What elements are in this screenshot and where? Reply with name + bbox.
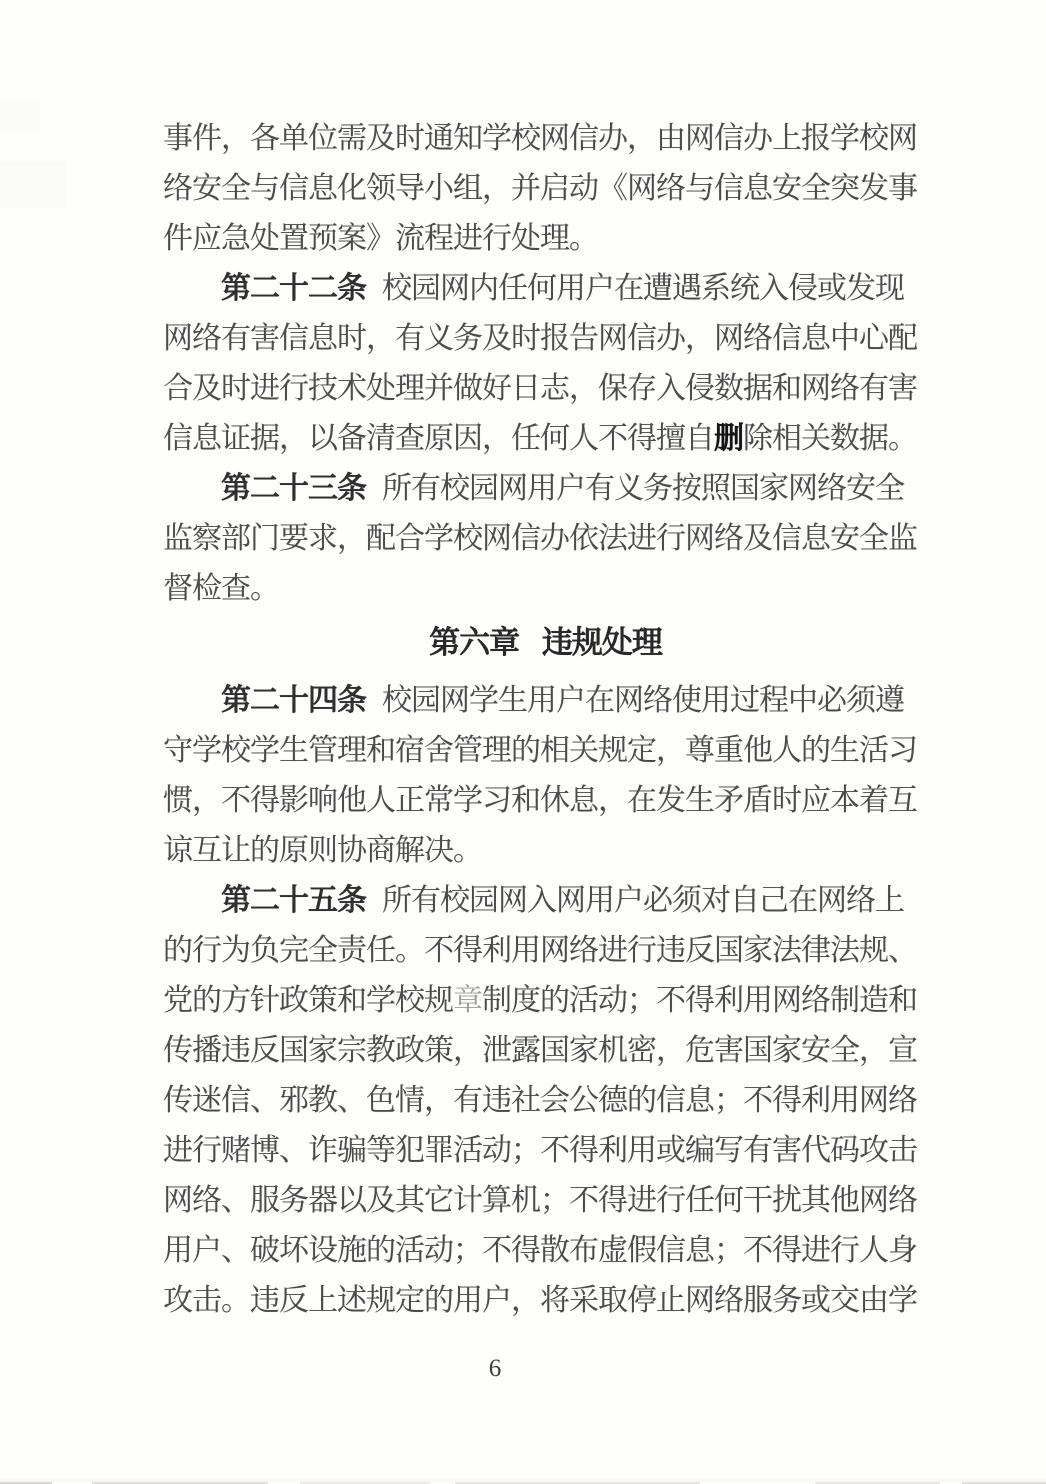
paragraph: 第二十三条所有校园网用户有义务按照国家网络安全监察部门要求，配合学校网信办依法进… — [163, 464, 928, 614]
text-segment: 章 — [453, 984, 482, 1017]
document-body: 事件，各单位需及时通知学校网信办，由网信办上报学校网络安全与信息化领导小组，并启… — [163, 114, 928, 1326]
text-line: 传播违反国家宗教政策，泄露国家机密，危害国家安全，宣 — [163, 1026, 928, 1076]
paragraph: 第二十五条所有校园网入网用户必须对自己在网络上的行为负完全责任。不得利用网络进行… — [163, 876, 928, 1326]
text-line: 党的方针政策和学校规章制度的活动；不得利用网络制造和 — [163, 976, 928, 1026]
text-line: 惯，不得影响他人正常学习和休息，在发生矛盾时应本着互 — [163, 776, 928, 826]
text-segment: 所有校园网入网用户必须对自己在网络上 — [382, 884, 904, 917]
article-number: 第二十三条 — [221, 472, 366, 505]
text-line: 络安全与信息化领导小组，并启动《网络与信息安全突发事 — [163, 164, 928, 214]
text-line: 第二十五条所有校园网入网用户必须对自己在网络上 — [163, 876, 928, 926]
scan-artifact-top-left-1 — [0, 100, 40, 132]
page-number: 6 — [479, 1354, 511, 1384]
text-line: 进行赌博、诈骗等犯罪活动；不得利用或编写有害代码攻击 — [163, 1126, 928, 1176]
article-number: 第二十四条 — [221, 684, 366, 717]
text-line: 网络、服务器以及其它计算机；不得进行任何干扰其他网络 — [163, 1176, 928, 1226]
text-segment: 党的方针政策和学校规 — [163, 984, 453, 1017]
text-segment: 删 — [714, 422, 743, 455]
text-line: 督检查。 — [163, 564, 928, 614]
text-line: 的行为负完全责任。不得利用网络进行违反国家法律法规、 — [163, 926, 928, 976]
scanned-document-page: 事件，各单位需及时通知学校网信办，由网信办上报学校网络安全与信息化领导小组，并启… — [0, 0, 1046, 1484]
paragraph: 事件，各单位需及时通知学校网信办，由网信办上报学校网络安全与信息化领导小组，并启… — [163, 114, 928, 264]
text-line: 合及时进行技术处理并做好日志，保存入侵数据和网络有害 — [163, 364, 928, 414]
text-line: 第六章 违规处理 — [163, 618, 928, 668]
text-line: 信息证据，以备清查原因，任何人不得擅自删除相关数据。 — [163, 414, 928, 464]
text-segment: 所有校园网用户有义务按照国家网络安全 — [382, 472, 904, 505]
text-line: 传迷信、邪教、色情，有违社会公德的信息；不得利用网络 — [163, 1076, 928, 1126]
text-segment: 除相关数据。 — [743, 422, 917, 455]
scan-artifact-top-left-2 — [0, 162, 66, 208]
text-line: 谅互让的原则协商解决。 — [163, 826, 928, 876]
text-line: 第二十四条校园网学生用户在网络使用过程中必须遵 — [163, 676, 928, 726]
text-segment: 校园网内任何用户在遭遇系统入侵或发现 — [382, 272, 904, 305]
text-line: 用户、破坏设施的活动；不得散布虚假信息；不得进行人身 — [163, 1226, 928, 1276]
paragraph: 第二十二条校园网内任何用户在遭遇系统入侵或发现网络有害信息时，有义务及时报告网信… — [163, 264, 928, 464]
text-segment: 制度的活动；不得利用网络制造和 — [482, 984, 917, 1017]
text-line: 网络有害信息时，有义务及时报告网信办，网络信息中心配 — [163, 314, 928, 364]
text-line: 攻击。违反上述规定的用户，将采取停止网络服务或交由学 — [163, 1276, 928, 1326]
chapter-heading: 第六章 违规处理 — [163, 618, 928, 668]
article-number: 第二十二条 — [221, 272, 366, 305]
text-line: 事件，各单位需及时通知学校网信办，由网信办上报学校网 — [163, 114, 928, 164]
text-segment: 校园网学生用户在网络使用过程中必须遵 — [382, 684, 904, 717]
text-line: 第二十二条校园网内任何用户在遭遇系统入侵或发现 — [163, 264, 928, 314]
text-line: 件应急处置预案》流程进行处理。 — [163, 214, 928, 264]
text-line: 第二十三条所有校园网用户有义务按照国家网络安全 — [163, 464, 928, 514]
paragraph: 第二十四条校园网学生用户在网络使用过程中必须遵守学校学生管理和宿舍管理的相关规定… — [163, 676, 928, 876]
text-segment: 信息证据，以备清查原因，任何人不得擅自 — [163, 422, 714, 455]
article-number: 第二十五条 — [221, 884, 366, 917]
text-line: 监察部门要求，配合学校网信办依法进行网络及信息安全监 — [163, 514, 928, 564]
text-line: 守学校学生管理和宿舍管理的相关规定，尊重他人的生活习 — [163, 726, 928, 776]
